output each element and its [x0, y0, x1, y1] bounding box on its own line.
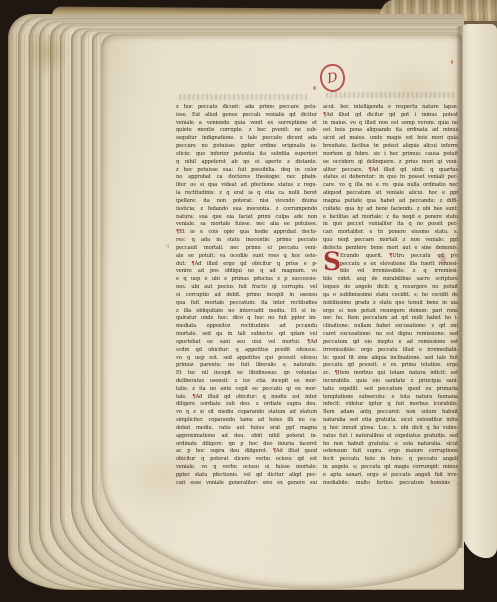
- text-line: primoz parentu: no fuit liberalis s; nat…: [176, 362, 317, 370]
- text-line: clinatione: nullam habet excusatione: z …: [323, 323, 458, 331]
- text-block: z hoc peccato dicunt: ada primo peccare …: [176, 104, 458, 488]
- text-line: zc. ¶Item morbus qui totam natura infici…: [323, 370, 458, 378]
- text-line: ¶Et io e cois opio qua hodie approbat do…: [176, 229, 317, 237]
- pilcrow-mark: ¶: [323, 112, 326, 118]
- text-line: vo q z si sit mediu coparando statum ad …: [176, 409, 317, 417]
- text-line: status ei deberetur: in quo tn posset ve…: [323, 174, 458, 182]
- pilcrow-mark: ¶: [273, 448, 276, 454]
- text-line: oportebat ee sani seu uiui vel mortui. ¶…: [176, 339, 317, 347]
- text-line: peccare no potuisse: ppter ordine origin…: [176, 143, 317, 151]
- red-ink-speck: [451, 60, 453, 64]
- text-line: Ecundo querit. ¶Utru peccatu qd p'o: [323, 253, 458, 261]
- pilcrow-mark: ¶: [192, 394, 195, 400]
- leaf-edge-texture: [8, 34, 104, 554]
- text-line: in angelo. s; peccatu qd magis corrumpit…: [323, 464, 458, 472]
- text-line: scdm qd obicitur: q appetitus pcedit ofe…: [176, 347, 317, 355]
- text-line: ordinate diligere: qn p hoc deo iniuria …: [176, 441, 317, 449]
- text-line: loques de angelo dicit: q resurgere no p…: [323, 284, 458, 292]
- red-ink-speck: [313, 86, 316, 90]
- quire-mark-letter: D: [326, 70, 339, 87]
- text-line: care. vo q illa no e ro: quia nulla ordi…: [323, 182, 458, 190]
- text-line: acut. hoc intelligenda e respectu nature…: [323, 104, 458, 112]
- text-line: in quo peccet venialiter ita q no possit…: [323, 221, 458, 229]
- margin-gloss: q: [166, 243, 170, 249]
- next-page-edge: [460, 24, 497, 558]
- text-line: z hoc potuisse sua: fuit possibilia. deq…: [176, 167, 317, 175]
- text-line: isse. Est aliud genus peccati venialis q…: [176, 112, 317, 120]
- text-line: incurabilis. quia oio sanitate z princip…: [323, 378, 458, 386]
- pilcrow-mark: ¶: [368, 167, 371, 173]
- text-line: la rectitudinis: z q erat ia q etia ca n…: [176, 190, 317, 198]
- ink-bleedthrough: [179, 94, 309, 100]
- text-line: quiete mentis corrupte. z hoc pvenit: no…: [176, 127, 317, 135]
- text-line: natura: sua que oia faciat primi culpa a…: [176, 214, 317, 222]
- stain: [24, 28, 70, 76]
- text-line: peccauit mortali. nec primu ei peccatu v…: [176, 245, 317, 253]
- text-line: naturalia sed etia gratuita. sicut osten…: [323, 417, 458, 425]
- text-line: tale. ¶Ad illud qd obicitur: q mediu est…: [176, 394, 317, 402]
- text-column-left: z hoc peccato dicunt: ada primo peccare …: [176, 104, 317, 488]
- text-line: ¶Ad illud qd dicitur qd pot i minus pote…: [323, 112, 458, 120]
- lombard-initial: S: [323, 250, 340, 273]
- pilcrow-mark: ¶: [334, 370, 337, 376]
- text-line: Et tuc nil incepit ee libidinosus: qn vo…: [176, 370, 317, 378]
- text-line: mortale. sed qa in tali subiecto: qd qda…: [176, 331, 317, 339]
- text-line: ppter statu pfectionis. vel qd dicitur a…: [176, 472, 317, 480]
- text-line: nes. ubi aut pocius fuit fracto qi corru…: [176, 284, 317, 292]
- text-line: cari esse veniale generaliter: sive ex g…: [176, 480, 317, 488]
- text-line: deliberatus osensit: z tuc etia incepit …: [176, 378, 317, 386]
- text-line: liter os si qua videat ad pfectione stat…: [176, 182, 317, 190]
- text-line: ac p hoc supra deu diligeret. ¶Ad illud …: [176, 448, 317, 456]
- text-line: z hoc peccato dicunt: ada primo peccare …: [176, 104, 317, 112]
- text-line: nec ho. Item peccatum ad qd nulli habet …: [323, 315, 458, 323]
- text-line: sticie: quo inferior potentia ita subdit…: [176, 151, 317, 159]
- text-line: venire ad pos obliqui ne q ad magnum. vo: [176, 268, 317, 276]
- text-line: z illa obliquitate no intercadit mediu. …: [176, 308, 317, 316]
- text-line: Item adam antq peccaret: non solum habui…: [323, 409, 458, 417]
- text-line: vo q uep est. sed appetitus qui pcessit …: [176, 355, 317, 363]
- pilcrow-mark: ¶: [307, 339, 310, 345]
- text-line: nobilissimo gradu z statu que tenuit ben…: [323, 300, 458, 308]
- text-line: obicitur q poterat dicere verbu ociosu q…: [176, 456, 317, 464]
- text-line: est hois pena aliquando ita ordinata ad …: [323, 127, 458, 135]
- text-line: bile vel irremissibile: z q irremissi-: [323, 268, 458, 276]
- text-line: res: q ada in statu inocentie: primo pec…: [176, 237, 317, 245]
- text-line: talis: z ita no ante cepit ee peccatu qi…: [176, 386, 317, 394]
- text-line: mediabile: multo fortius peccatum homini…: [323, 480, 458, 488]
- text-line: ergo si non potuit resurgere demon: pari…: [323, 308, 458, 316]
- book-photo: D q z hoc peccato dicunt: ada primo pecc…: [0, 0, 497, 602]
- text-line: aliquod peccatum sit veniale alicui. hoc…: [323, 190, 458, 198]
- text-line: peccatum qd oio ineptu e ad remissione e…: [323, 339, 458, 347]
- text-line: defectu penitere bene mori aut e sine de…: [323, 245, 458, 253]
- text-line: veniale. sa mortale fuisse. nec alia ee …: [176, 221, 317, 229]
- text-line: e facilitas ad mortale: z ita neqd e pon…: [323, 214, 458, 222]
- text-line: approximatione ad deu. obiit nihil poter…: [176, 433, 317, 441]
- text-line: peccatu e ex elevatione illa fuerit remi…: [323, 261, 458, 269]
- text-line: si corruptio ad debit. primo incepit in …: [176, 292, 317, 300]
- text-line: cari mortaliter. e tn ponere eiusmo stat…: [323, 229, 458, 237]
- text-line: dut: ¶Ad illud ergo qd obicitur q prius …: [176, 261, 317, 269]
- text-line: magna puitate qua habet ad peccandu: z d…: [323, 198, 458, 206]
- text-line: bile videt. aug de mirabilibus sacre scr…: [323, 276, 458, 284]
- text-line: q hoc innuit glosa. Luc. x. ubi dicit q …: [323, 425, 458, 433]
- pilcrow-mark: ¶: [191, 261, 194, 267]
- text-line: veniale. vo q verbu ociosu ei fuisse mor…: [176, 464, 317, 472]
- text-line: e aptu sanari. ergo si peccatu angeli fu…: [323, 472, 458, 480]
- text-line: sicut ad maius. unde magis est hois mori…: [323, 135, 458, 143]
- text-line: le: quod fit sine aliqua inclinatione. s…: [323, 355, 458, 363]
- text-line: iusticia: z fedando sua inocentia. z cor…: [176, 206, 317, 214]
- text-line: e q uep e ubi e primus pducius z p succe…: [176, 276, 317, 284]
- text-column-right: acut. hoc intelligenda e respectu nature…: [323, 104, 458, 488]
- text-line: diligere sordiate sub deo: z ordiate sup…: [176, 401, 317, 409]
- text-line: aliter peccare. ¶Ad illud qd obiit: q qu…: [323, 167, 458, 175]
- text-line: mortem qi febre. sic i hoc primus: causa…: [323, 151, 458, 159]
- text-line: q nihil appeteret ab qo ei aperto z dist…: [176, 159, 317, 167]
- text-line: mediata oppositoz rectitudinis ad pccand…: [176, 323, 317, 331]
- text-line: ale ee potuit: va ocedile sunt roes q ho…: [176, 253, 317, 261]
- text-line: qa o sublimissimo statu cecidit. s; ho c…: [323, 292, 458, 300]
- text-line: ee occidere qi delinquere. z prius mori …: [323, 159, 458, 167]
- text-line: ratus fuit i naturalibus et expoliatus g…: [323, 433, 458, 441]
- text-line: no approbat ca doctores theologie: nec p…: [176, 174, 317, 182]
- text-line: breuitate. facilius tn potest aliquis al…: [323, 143, 458, 151]
- text-line: ho non habuit gratuita: s; sola naturali…: [323, 441, 458, 449]
- text-line: simpliciter. coparando tame ad hoies ill…: [176, 417, 317, 425]
- text-line: debat mediu. ratio aut huius erat ppf ma…: [176, 425, 317, 433]
- text-line: in maius. vo q illud non est semp verum.…: [323, 120, 458, 128]
- text-line: tatis expellit. sed peccatum quod ex pri…: [323, 386, 458, 394]
- text-line: temptatione subsecutu: e tota natura hum…: [323, 394, 458, 402]
- text-line: fecit peccatu hois in hoie: q peccatu an…: [323, 456, 458, 464]
- text-line: irremissibile: ergo peccatu illud e irre…: [323, 347, 458, 355]
- text-line: caret excusatione: no est dignu remissio…: [323, 331, 458, 339]
- pilcrow-mark: ¶: [389, 253, 392, 259]
- text-line: ostensum fuit supra. ergo maiore corrupt…: [323, 448, 458, 456]
- ink-bleedthrough: [326, 92, 454, 98]
- text-line: qua fuit mortale peccatum: ita inter rec…: [176, 300, 317, 308]
- pilcrow-mark: ¶: [176, 229, 179, 235]
- text-line: sequitur indignatione. z tale peccato di…: [176, 135, 317, 143]
- text-line: quo neqt peccare mortali z non veniale: …: [323, 237, 458, 245]
- text-line: cultate: qua hy ad bene faciendu. z ubi …: [323, 206, 458, 214]
- text-line: infecit: videtur igitur q fuit morbus ic…: [323, 401, 458, 409]
- text-line: quiratur unde hoc: dico q hoc no fuit pp…: [176, 315, 317, 323]
- text-line: veniale a veniendo quia venit ex surrept…: [176, 120, 317, 128]
- text-line: peccatu qd pcessit: e ex prima tetatioe.…: [323, 362, 458, 370]
- text-line: ipellere: ita non poterat: nisi vicendo …: [176, 198, 317, 206]
